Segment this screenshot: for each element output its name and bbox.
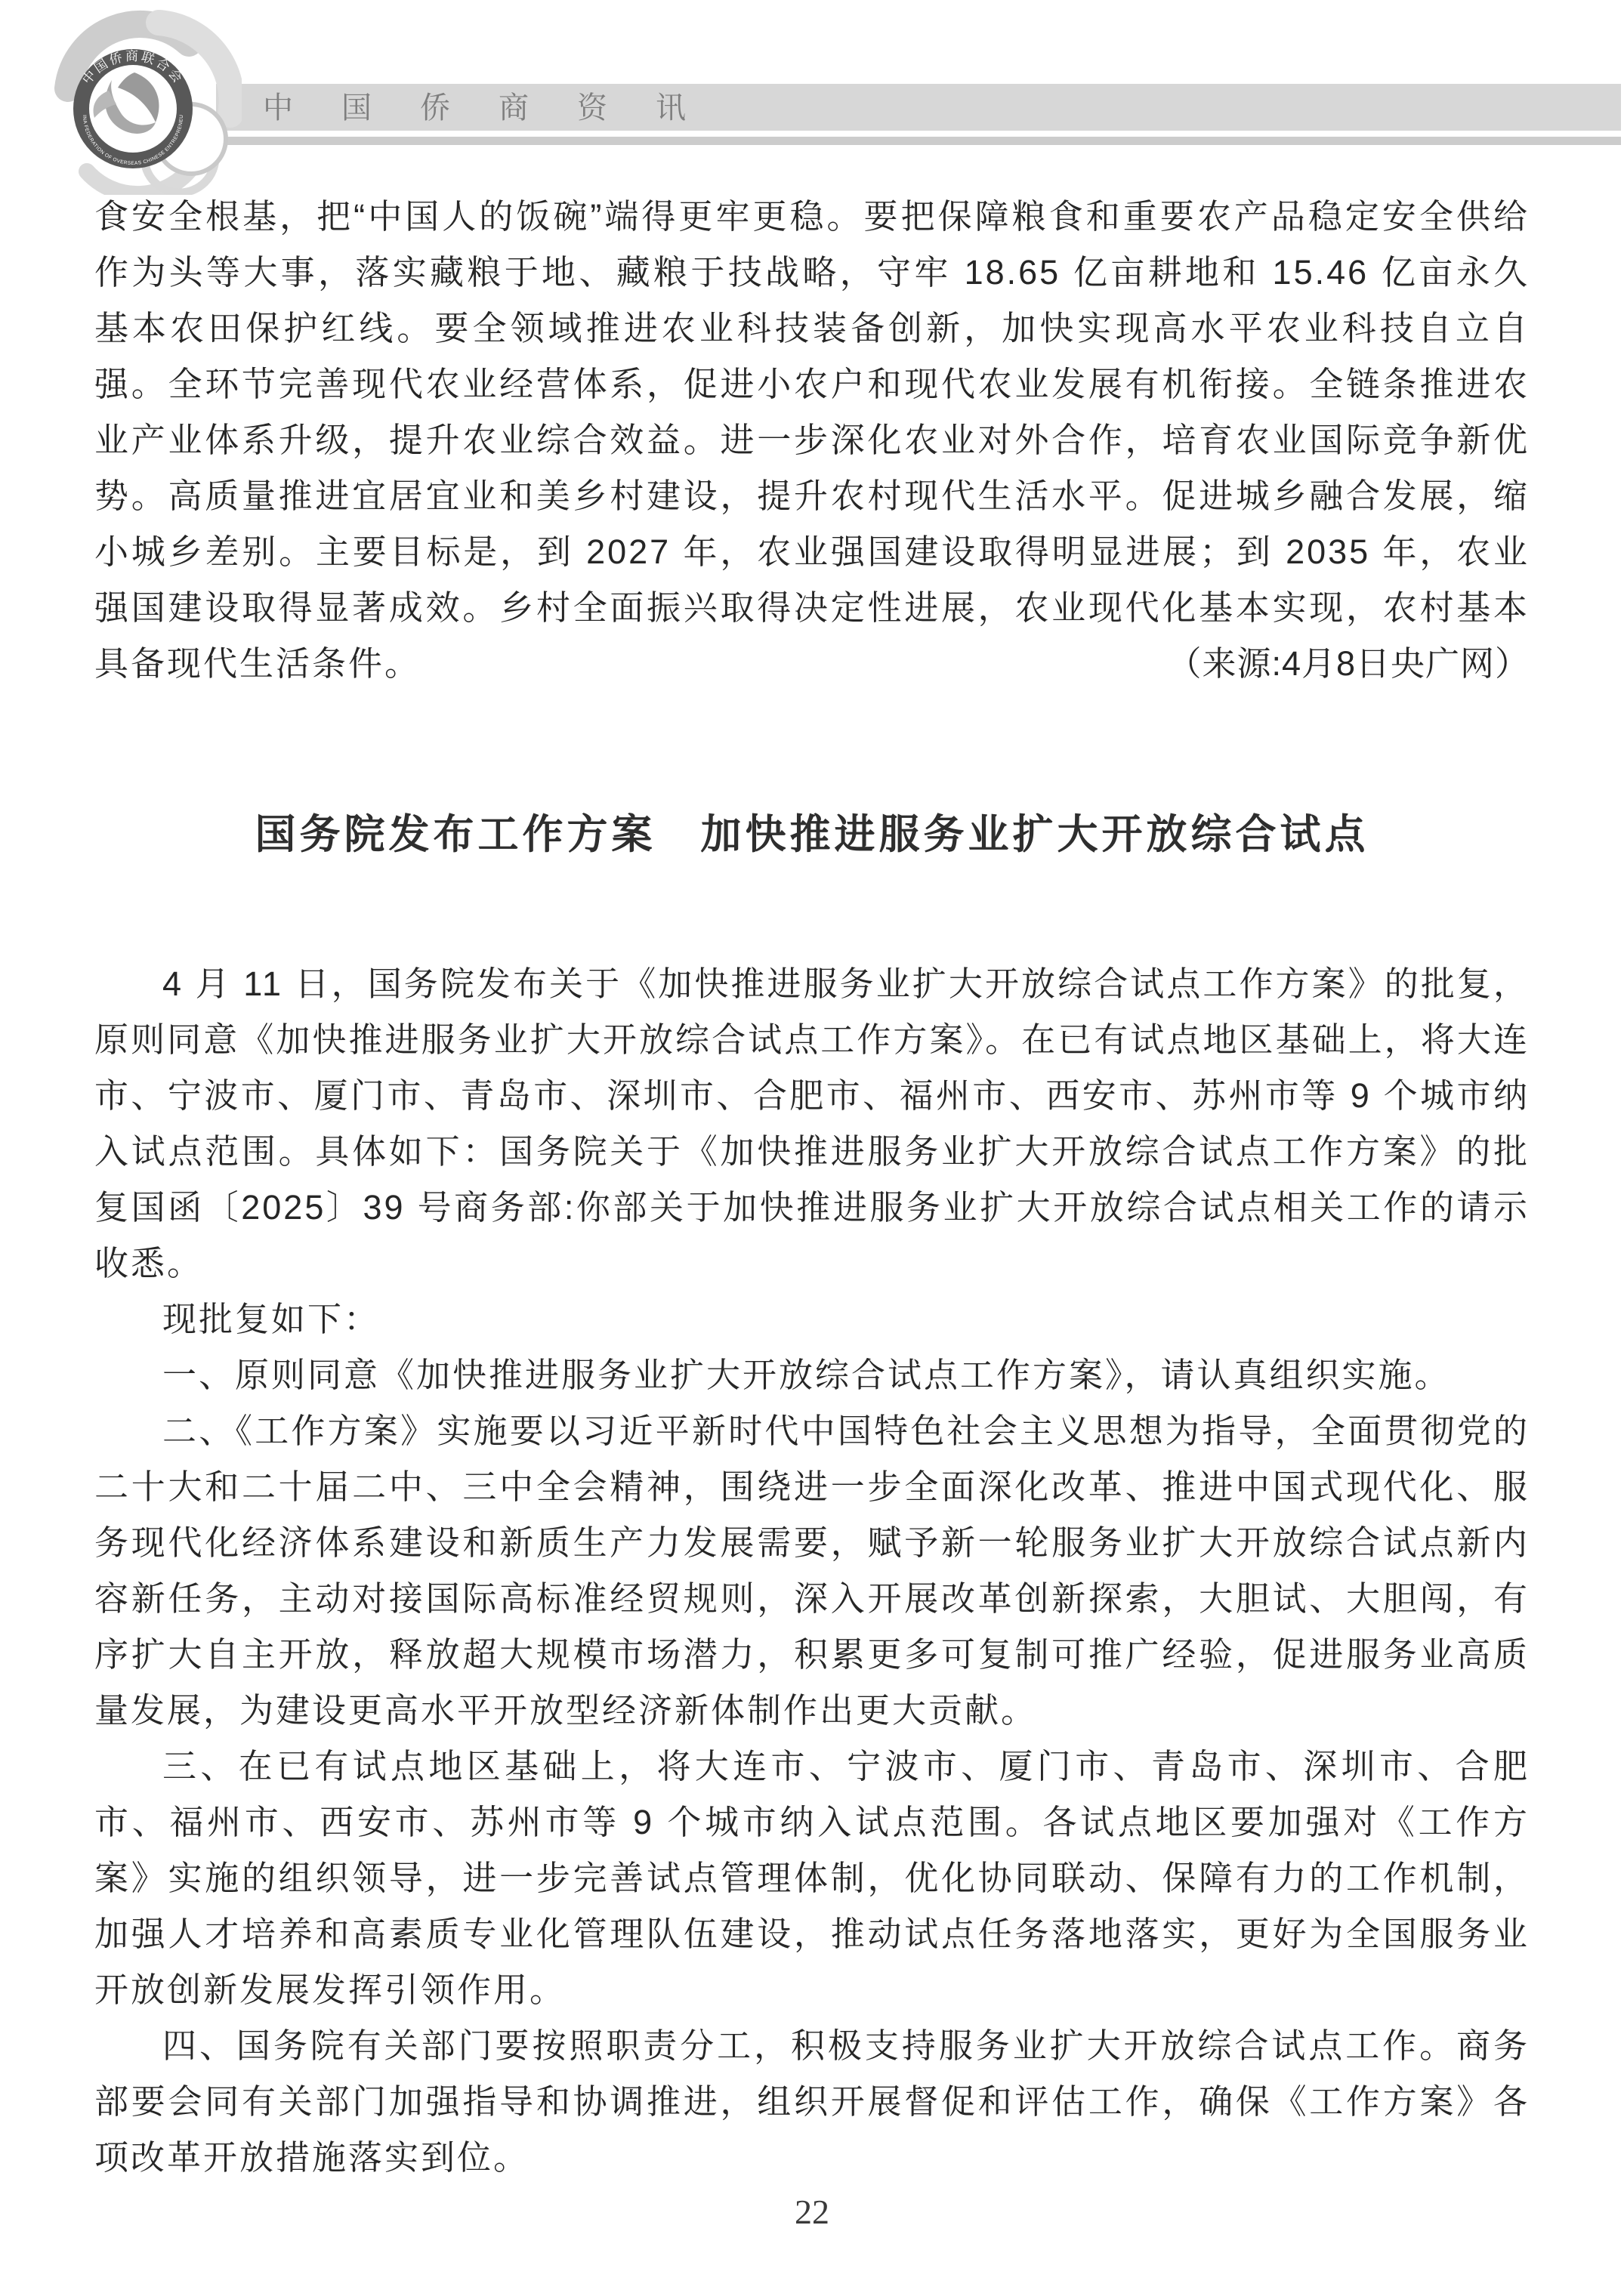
article1-source: （来源:4月8日央广网） <box>1167 636 1530 692</box>
article2-paragraph-4: 二、《工作方案》实施要以习近平新时代中国特色社会主义思想为指导，全面贯彻党的二十… <box>94 1403 1530 1739</box>
header-banner-stripe <box>216 137 1621 145</box>
page-number: 22 <box>0 2192 1624 2232</box>
article2-paragraph-1: 4 月 11 日，国务院发布关于《加快推进服务业扩大开放综合试点工作方案》的批复… <box>94 956 1530 1292</box>
article2-title: 国务院发布工作方案 加快推进服务业扩大开放综合试点 <box>94 807 1530 863</box>
article2-paragraph-2: 现批复如下： <box>94 1292 1530 1347</box>
article1-text: 食安全根基，把“中国人的饭碗”端得更牢更稳。要把保障粮食和重要农产品稳定安全供给… <box>94 197 1530 683</box>
article2-paragraph-6: 四、国务院有关部门要按照职责分工，积极支持服务业扩大开放综合试点工作。商务部要会… <box>94 2018 1530 2186</box>
article2-paragraph-5: 三、在已有试点地区基础上，将大连市、宁波市、厦门市、青岛市、深圳市、合肥市、福州… <box>94 1739 1530 2018</box>
header-banner: 中国侨商资讯 <box>216 84 1621 131</box>
logo: 中国侨商联合会 CHINA FEDERATION OF OVERSEAS CHI… <box>30 2 242 195</box>
article2-paragraph-3: 一、原则同意《加快推进服务业扩大开放综合试点工作方案》，请认真组织实施。 <box>94 1347 1530 1403</box>
main-content: 食安全根基，把“中国人的饭碗”端得更牢更稳。要把保障粮食和重要农产品稳定安全供给… <box>94 189 1530 2186</box>
page: 中国侨商资讯 中国侨商联合会 <box>0 0 1624 2293</box>
article1-body: 食安全根基，把“中国人的饭碗”端得更牢更稳。要把保障粮食和重要农产品稳定安全供给… <box>94 189 1530 692</box>
banner-title: 中国侨商资讯 <box>263 84 734 131</box>
